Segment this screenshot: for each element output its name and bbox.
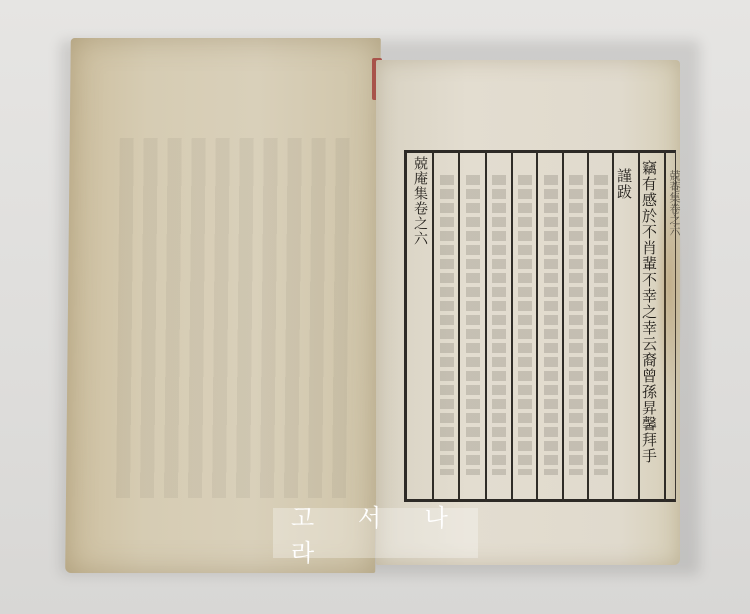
left-page (65, 38, 381, 573)
faint-text-column (466, 175, 480, 475)
column-rule (587, 150, 589, 502)
next-page-edge-text: 兢菴集卷之六 (668, 170, 682, 430)
column-rule (485, 150, 487, 502)
column-rule (432, 150, 434, 502)
column-rule (562, 150, 564, 502)
column-rule (458, 150, 460, 502)
watermark: 고 서 나 라 (273, 508, 478, 558)
faint-text-column (569, 175, 583, 475)
postscript-heading: 謹跋 (614, 168, 635, 200)
volume-title-column: 兢庵集卷之六 (410, 156, 430, 246)
faint-text-column (492, 175, 506, 475)
column-rule (612, 150, 614, 502)
faint-text-column (594, 175, 608, 475)
column-rule (536, 150, 538, 502)
left-page-bleedthrough (116, 138, 350, 498)
column-rule (511, 150, 513, 502)
faint-text-column (440, 175, 454, 475)
watermark-text: 고 서 나 라 (273, 498, 478, 568)
faint-text-column (518, 175, 532, 475)
faint-text-column (544, 175, 558, 475)
photo-background: 兢庵集卷之六 謹跋 竊有感於不肖輩不幸之幸云裔曾孫昇馨拜手 兢菴集卷之六 고 서… (0, 0, 750, 614)
